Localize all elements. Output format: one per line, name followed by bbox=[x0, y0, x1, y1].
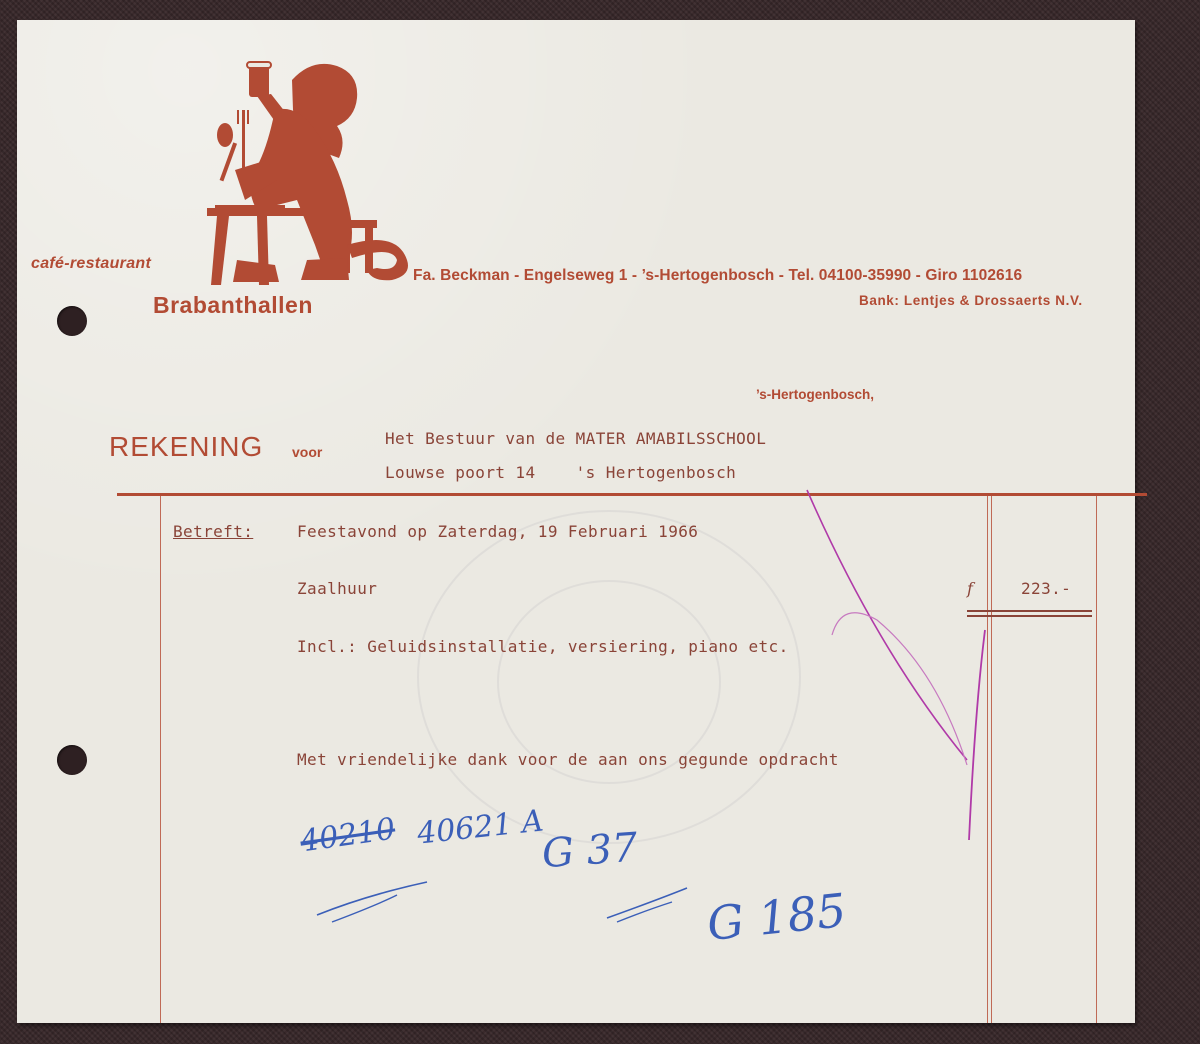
punch-hole-bottom bbox=[57, 745, 87, 775]
recipient-line-1: Het Bestuur van de MATER AMABILSSCHOOL bbox=[385, 429, 766, 448]
bank-line: Bank: Lentjes & Drossaerts N.V. bbox=[859, 293, 1083, 308]
subject-text: Feestavond op Zaterdag, 19 Februari 1966 bbox=[297, 522, 698, 541]
handwritten-note-g185: G 185 bbox=[705, 883, 849, 951]
handwritten-note-number: 40621 A bbox=[416, 803, 546, 851]
pink-pen-checkmark bbox=[787, 480, 987, 860]
subject-label: Betreft: bbox=[173, 522, 253, 541]
table-amount-line-1 bbox=[987, 496, 988, 1023]
table-right-line bbox=[1096, 496, 1097, 1023]
lion-logo-icon bbox=[197, 60, 412, 285]
handwritten-underlines bbox=[307, 860, 707, 930]
invoice-title-suffix: voor bbox=[292, 444, 322, 460]
table-top-rule bbox=[117, 493, 1147, 496]
table-amount-line-2 bbox=[991, 496, 992, 1023]
closing-line: Met vriendelijke dank voor de aan ons ge… bbox=[297, 750, 839, 769]
address-line: Fa. Beckman - Engelseweg 1 - ’s-Hertogen… bbox=[413, 267, 1022, 285]
punch-hole-top bbox=[57, 306, 87, 336]
item-note: Incl.: Geluidsinstallatie, versiering, p… bbox=[297, 637, 789, 656]
item-amount: 223.- bbox=[1021, 579, 1071, 598]
invoice-title: REKENING bbox=[109, 431, 263, 463]
brand-name: Brabanthallen bbox=[153, 292, 313, 319]
item-description: Zaalhuur bbox=[297, 579, 377, 598]
table-left-line bbox=[160, 496, 161, 1023]
invoice-paper: café-restaurant Brabanthallen Fa. Beckma… bbox=[17, 20, 1135, 1023]
tagline-cafe-restaurant: café-restaurant bbox=[31, 255, 151, 273]
recipient-line-2: Louwse poort 14 's Hertogenbosch bbox=[385, 463, 736, 482]
place-date-line: ’s-Hertogenbosch, bbox=[756, 387, 874, 402]
handwritten-note-struck: 40210 bbox=[298, 812, 397, 860]
